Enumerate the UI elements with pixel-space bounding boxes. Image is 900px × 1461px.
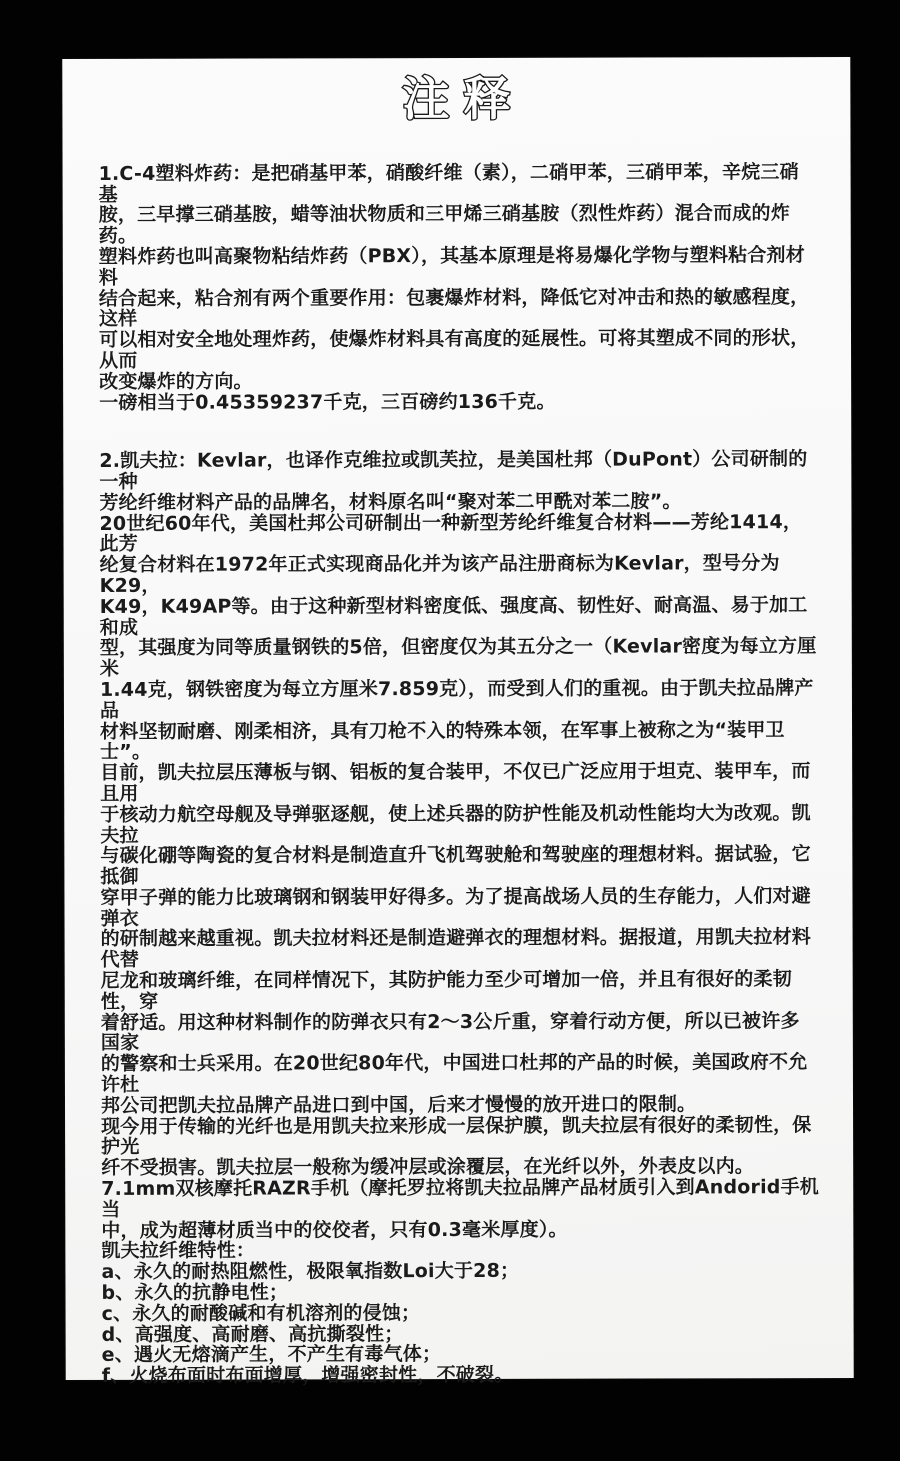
note-c4-explosive: 1.C-4塑料炸药：是把硝基甲苯，硝酸纤维（素），二硝甲苯，三硝甲苯，辛烷三硝基… (99, 162, 818, 413)
scan-background: { "theme": { "bg": "#020202", "paper": "… (0, 0, 900, 1461)
page-paper: 注释 1.C-4塑料炸药：是把硝基甲苯，硝酸纤维（素），二硝甲苯，三硝甲苯，辛烷… (62, 57, 853, 1380)
page-title: 注释 (62, 73, 850, 127)
note-kevlar: 2.凯夫拉：Kevlar，也译作克维拉或凯芙拉，是美国杜邦（DuPont）公司研… (99, 449, 819, 1387)
notes-text-block: 1.C-4塑料炸药：是把硝基甲苯，硝酸纤维（素），二硝甲苯，三硝甲苯，辛烷三硝基… (98, 141, 819, 1408)
